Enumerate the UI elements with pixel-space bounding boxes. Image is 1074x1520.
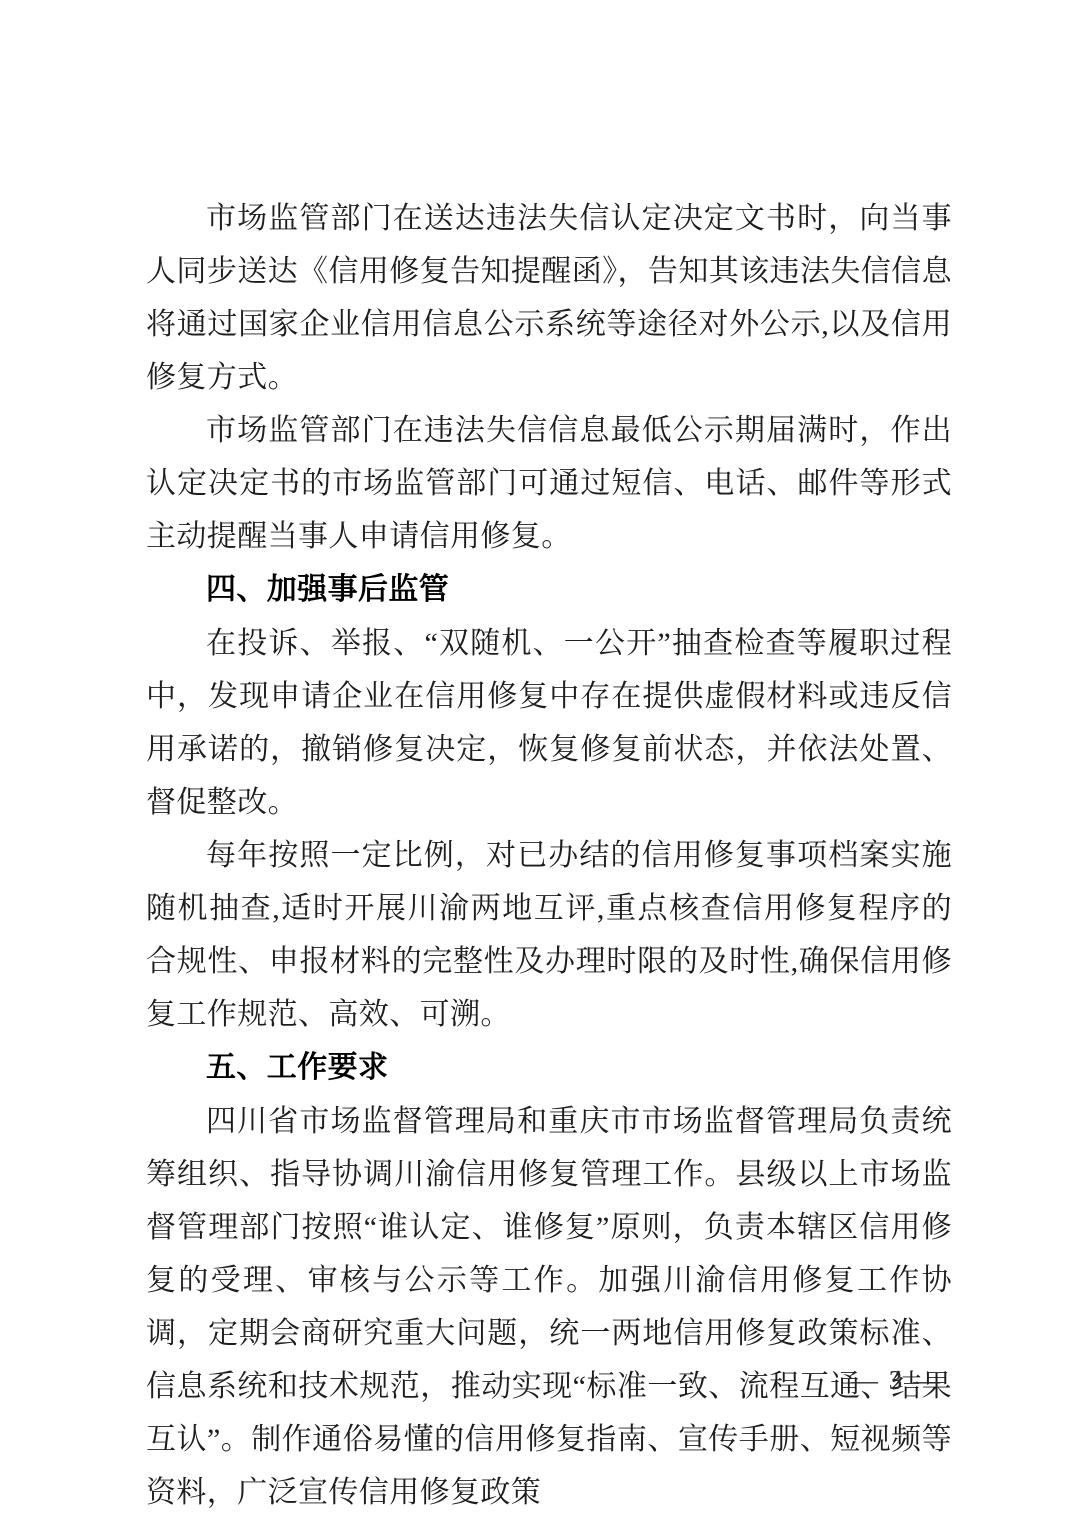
document-body: 市场监管部门在送达违法失信认定决定文书时，向当事人同步送达《信用修复告知提醒函》… [146,192,952,1519]
paragraph-revoke-on-fraud: 在投诉、举报、“双随机、一公开”抽查检查等履职过程中，发现申请企业在信用修复中存… [146,617,952,829]
section-heading-5-work-requirements: 五、工作要求 [146,1041,952,1095]
paragraph-random-inspection: 每年按照一定比例，对已办结的信用修复事项档案实施随机抽查,适时开展川渝两地互评,… [146,829,952,1041]
paragraph-notice-delivery: 市场监管部门在送达违法失信认定决定文书时，向当事人同步送达《信用修复告知提醒函》… [146,192,952,404]
paragraph-coordination-duties: 四川省市场监督管理局和重庆市市场监督管理局负责统筹组织、指导协调川渝信用修复管理… [146,1095,952,1519]
page-number: — 3 — [851,1360,942,1400]
section-heading-4-post-supervision: 四、加强事后监管 [146,563,952,617]
paragraph-expiry-reminder: 市场监管部门在违法失信信息最低公示期届满时，作出认定决定书的市场监管部门可通过短… [146,404,952,563]
document-page: 市场监管部门在送达违法失信认定决定文书时，向当事人同步送达《信用修复告知提醒函》… [0,0,1074,1520]
